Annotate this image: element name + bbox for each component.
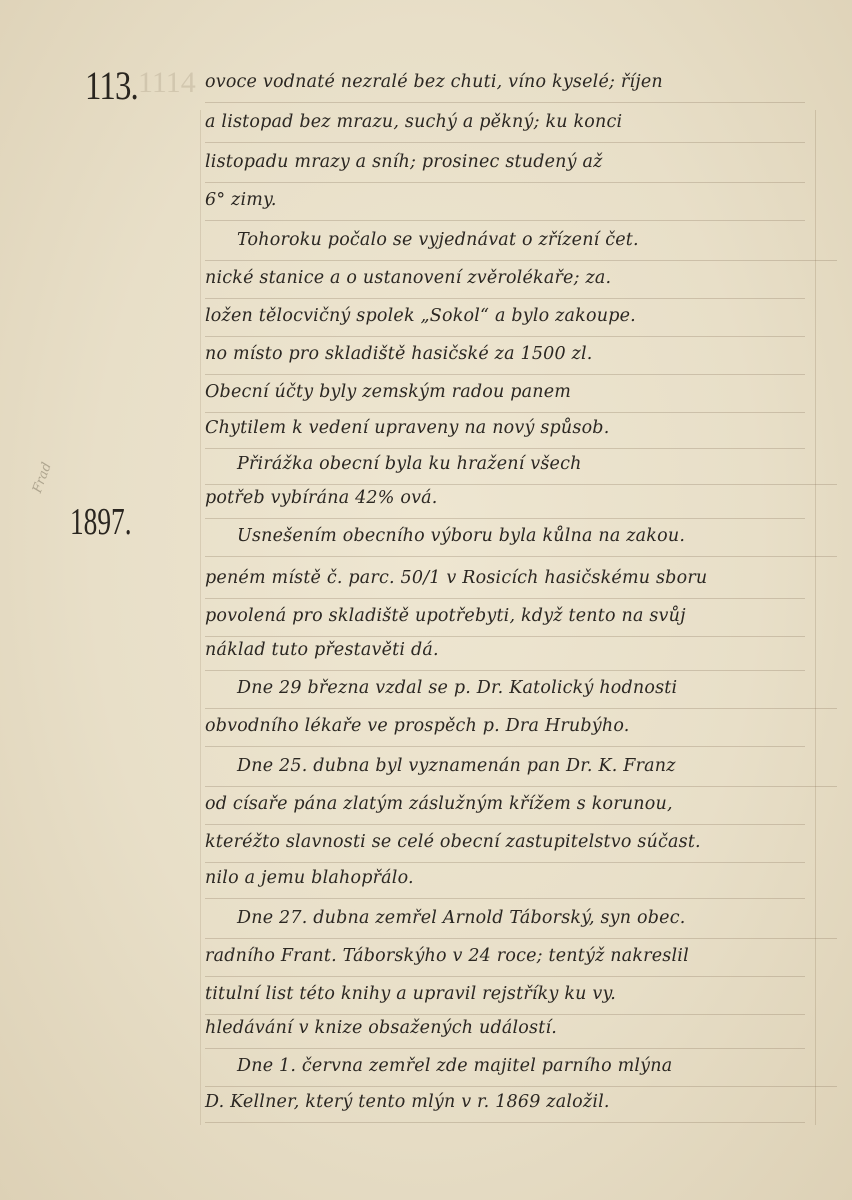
text-line: kteréžto slavnosti se celé obecní zastup… [205, 822, 805, 863]
text-line: nilo a jemu blahopřálo. [205, 858, 805, 899]
line-text: ovoce vodnaté nezralé bez chuti, víno ky… [205, 62, 663, 102]
line-text: potřeb vybírána 42% ová. [205, 478, 438, 518]
text-line: obvodního lékaře ve prospěch p. Dra Hrub… [205, 706, 805, 747]
bleed-through-number: 1114 [138, 66, 196, 100]
margin-pencil-note: Frad [30, 461, 55, 496]
line-text: ložen tělocvičný spolek „Sokol“ a bylo z… [205, 296, 636, 336]
text-line: Dne 1. června zemřel zde majitel parního… [205, 1046, 837, 1087]
line-text: no místo pro skladiště hasičské za 1500 … [205, 334, 593, 374]
text-line: nické stanice a o ustanovení zvěrolékaře… [205, 258, 805, 299]
line-text: D. Kellner, který tento mlýn v r. 1869 z… [205, 1082, 610, 1122]
line-text: obvodního lékaře ve prospěch p. Dra Hrub… [205, 706, 630, 746]
line-text: Tohoroku počalo se vyjednávat o zřízení … [237, 220, 639, 260]
text-line: a listopad bez mrazu, suchý a pěkný; ku … [205, 102, 805, 143]
line-text: Chytilem k vedení upraveny na nový spůso… [205, 408, 609, 448]
line-text: od císaře pána zlatým záslužným křížem s… [205, 784, 673, 824]
text-line: 6° zimy. [205, 180, 805, 221]
line-text: Dne 29 března vzdal se p. Dr. Katolický … [237, 668, 677, 708]
text-line: Dne 25. dubna byl vyznamenán pan Dr. K. … [205, 746, 837, 787]
line-text: 6° zimy. [205, 180, 277, 220]
text-line: Obecní účty byly zemským radou panem [205, 372, 805, 413]
line-text: nilo a jemu blahopřálo. [205, 858, 414, 898]
line-text: peném místě č. parc. 50/1 v Rosicích has… [205, 558, 707, 598]
line-text: radního Frant. Táborskýho v 24 roce; ten… [205, 936, 689, 976]
text-line: potřeb vybírána 42% ová. [205, 478, 805, 519]
line-text: nické stanice a o ustanovení zvěrolékaře… [205, 258, 611, 298]
text-line: ložen tělocvičný spolek „Sokol“ a bylo z… [205, 296, 805, 337]
line-text: hledávání v knize obsažených událostí. [205, 1008, 557, 1048]
text-line: ovoce vodnaté nezralé bez chuti, víno ky… [205, 62, 805, 103]
line-text: kteréžto slavnosti se celé obecní zastup… [205, 822, 701, 862]
text-line: hledávání v knize obsažených událostí. [205, 1008, 805, 1049]
line-text: Dne 25. dubna byl vyznamenán pan Dr. K. … [237, 746, 676, 786]
text-line: radního Frant. Táborskýho v 24 roce; ten… [205, 936, 805, 977]
text-line: peném místě č. parc. 50/1 v Rosicích has… [205, 558, 805, 599]
line-text: Usnešením obecního výboru byla kůlna na … [237, 516, 685, 556]
text-line: Tohoroku počalo se vyjednávat o zřízení … [205, 220, 837, 261]
text-line: Usnešením obecního výboru byla kůlna na … [205, 516, 837, 557]
manuscript-page: 1114 113. Frad 1897. ovoce vodnaté nezra… [0, 0, 852, 1200]
text-line: Dne 27. dubna zemřel Arnold Táborský, sy… [205, 898, 837, 939]
text-line: listopadu mrazy a sníh; prosinec studený… [205, 142, 805, 183]
text-line: no místo pro skladiště hasičské za 1500 … [205, 334, 805, 375]
text-line: od císaře pána zlatým záslužným křížem s… [205, 784, 805, 825]
line-text: Dne 1. června zemřel zde majitel parního… [237, 1046, 672, 1086]
text-line: Chytilem k vedení upraveny na nový spůso… [205, 408, 805, 449]
page-number: 113. [85, 62, 138, 109]
text-line: náklad tuto přestavěti dá. [205, 630, 805, 671]
text-line: Dne 29 března vzdal se p. Dr. Katolický … [205, 668, 837, 709]
line-text: a listopad bez mrazu, suchý a pěkný; ku … [205, 102, 622, 142]
line-text: Obecní účty byly zemským radou panem [205, 372, 571, 412]
line-text: Dne 27. dubna zemřel Arnold Táborský, sy… [237, 898, 685, 938]
margin-year: 1897. [70, 500, 132, 544]
text-line: D. Kellner, který tento mlýn v r. 1869 z… [205, 1082, 805, 1123]
line-text: listopadu mrazy a sníh; prosinec studený… [205, 142, 603, 182]
line-text: náklad tuto přestavěti dá. [205, 630, 439, 670]
